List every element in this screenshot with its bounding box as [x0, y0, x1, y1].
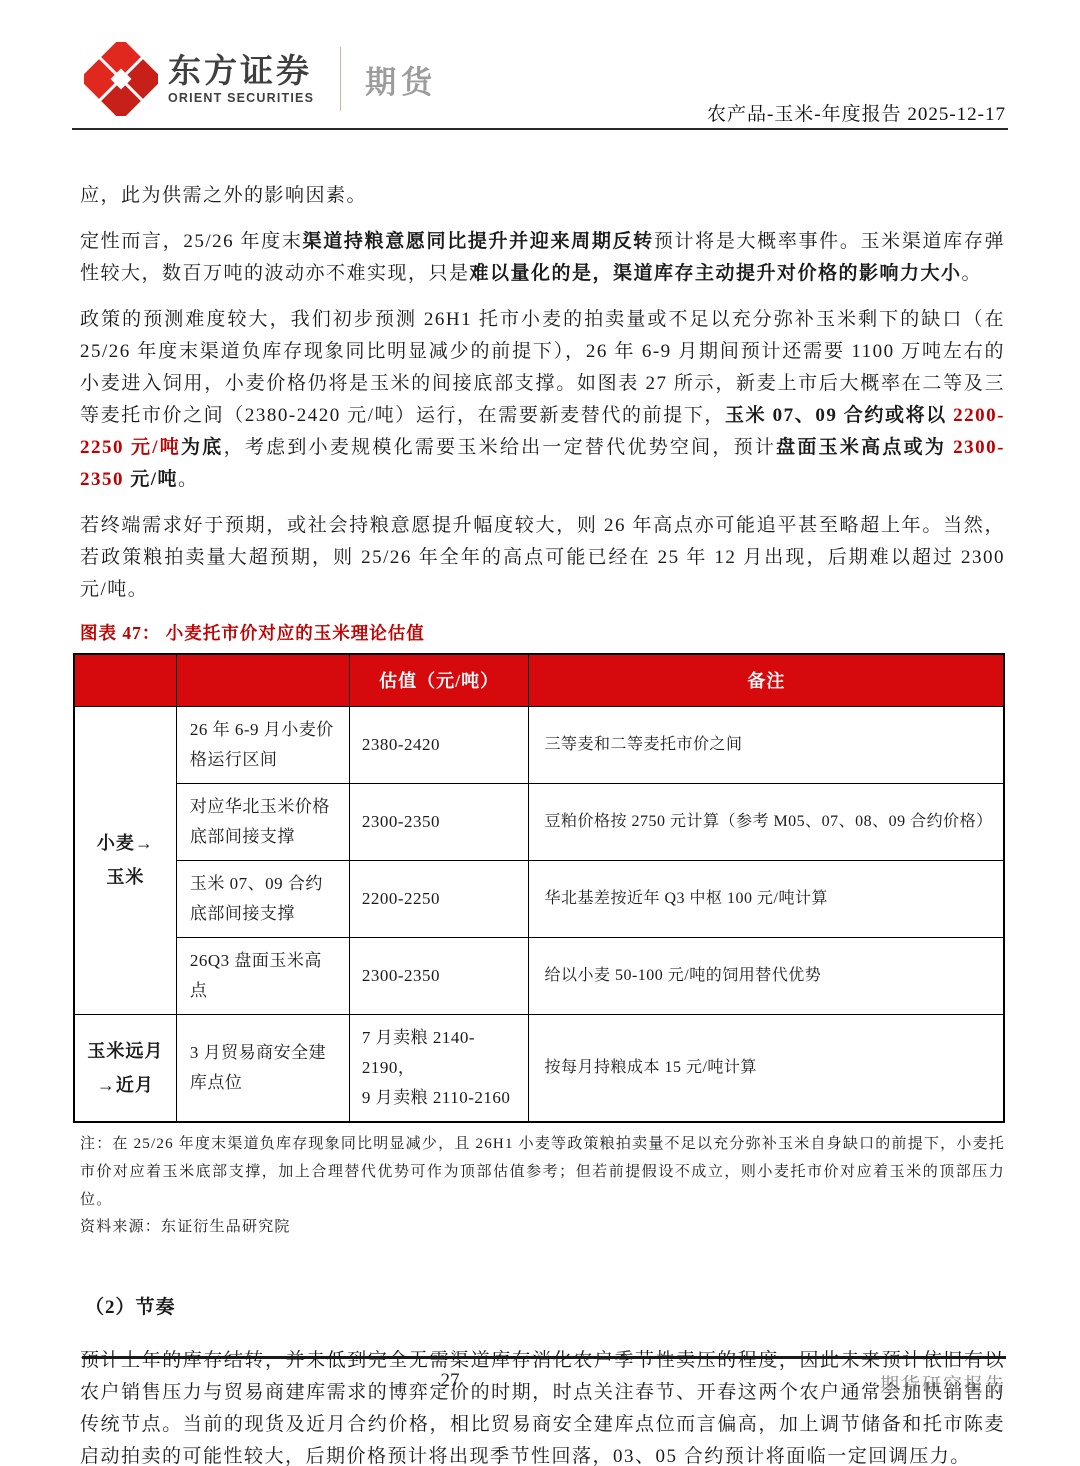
header-cell-estimate: 估值（元/吨） — [349, 654, 529, 706]
row-label: 对应华北玉米价格底部间接支撑 — [176, 783, 349, 860]
header-cell-remark: 备注 — [529, 654, 1004, 706]
content: 应，此为供需之外的影响因素。 定性而言，25/26 年度末渠道持粮意愿同比提升并… — [80, 180, 1005, 1466]
footer-label: 期货研究报告 — [880, 1370, 1006, 1397]
orient-securities-logo-icon — [84, 42, 158, 116]
remark-cell: 按每月持粮成本 15 元/吨计算 — [529, 1014, 1004, 1122]
row-label: 玉米 07、09 合约底部间接支撑 — [176, 860, 349, 937]
brand-text: 东方证券 ORIENT SECURITIES — [168, 54, 314, 105]
brand-unit-label: 期货 — [365, 57, 437, 102]
report-page: 东方证券 ORIENT SECURITIES 期货 农产品-玉米-年度报告 20… — [0, 0, 1080, 1466]
estimate-value: 7 月卖粮 2140-2190， 9 月卖粮 2110-2160 — [349, 1014, 529, 1122]
brand-name-en: ORIENT SECURITIES — [168, 92, 314, 105]
valuation-table: 估值（元/吨） 备注 小麦→ 玉米 26 年 6-9 月小麦价格运行区间 238… — [73, 653, 1005, 1123]
estimate-value: 2380-2420 — [349, 706, 529, 783]
header-cell-empty — [74, 654, 176, 706]
figure-caption: 图表 47： 小麦托市价对应的玉米理论估值 — [80, 620, 1005, 645]
table-source: 资料来源：东证衍生品研究院 — [80, 1215, 1005, 1236]
table-row: 小麦→ 玉米 26 年 6-9 月小麦价格运行区间 2380-2420 三等麦和… — [74, 706, 1004, 783]
section-heading: （2）节奏 — [85, 1292, 1005, 1319]
paragraph: 预计上年的库存结转，并未低到完全无需渠道库存消化农户季节性卖压的程度，因此未来预… — [80, 1345, 1005, 1466]
estimate-value: 2300-2350 — [349, 783, 529, 860]
header-rule — [72, 128, 1008, 130]
row-label: 3 月贸易商安全建库点位 — [176, 1014, 349, 1122]
remark-cell: 三等麦和二等麦托市价之间 — [529, 706, 1004, 783]
page-number: 27 — [0, 1370, 900, 1392]
report-title-line: 农产品-玉米-年度报告 2025-12-17 — [707, 99, 1006, 126]
group-cell-far-to-near: 玉米远月 →近月 — [74, 1014, 176, 1122]
remark-cell: 给以小麦 50-100 元/吨的饲用替代优势 — [529, 937, 1004, 1014]
brand-divider — [340, 47, 341, 111]
paragraph: 若终端需求好于预期，或社会持粮意愿提升幅度较大，则 26 年高点亦可能追平甚至略… — [80, 510, 1005, 606]
row-label: 26Q3 盘面玉米高点 — [176, 937, 349, 1014]
table-row: 玉米 07、09 合约底部间接支撑 2200-2250 华北基差按近年 Q3 中… — [74, 860, 1004, 937]
table-row: 对应华北玉米价格底部间接支撑 2300-2350 豆粕价格按 2750 元计算（… — [74, 783, 1004, 860]
group-cell-wheat-to-corn: 小麦→ 玉米 — [74, 706, 176, 1014]
table-row: 26Q3 盘面玉米高点 2300-2350 给以小麦 50-100 元/吨的饲用… — [74, 937, 1004, 1014]
paragraph: 应，此为供需之外的影响因素。 — [80, 180, 1005, 212]
paragraph: 政策的预测难度较大，我们初步预测 26H1 托市小麦的拍卖量或不足以充分弥补玉米… — [80, 304, 1005, 496]
table-header-row: 估值（元/吨） 备注 — [74, 654, 1004, 706]
remark-cell: 华北基差按近年 Q3 中枢 100 元/吨计算 — [529, 860, 1004, 937]
footer-rule — [82, 1356, 1006, 1359]
row-label: 26 年 6-9 月小麦价格运行区间 — [176, 706, 349, 783]
brand-name-cn: 东方证券 — [168, 54, 314, 87]
estimate-value: 2300-2350 — [349, 937, 529, 1014]
remark-cell: 豆粕价格按 2750 元计算（参考 M05、07、08、09 合约价格） — [529, 783, 1004, 860]
estimate-value: 2200-2250 — [349, 860, 529, 937]
paragraph: 定性而言，25/26 年度末渠道持粮意愿同比提升并迎来周期反转预计将是大概率事件… — [80, 226, 1005, 290]
table-row: 玉米远月 →近月 3 月贸易商安全建库点位 7 月卖粮 2140-2190， 9… — [74, 1014, 1004, 1122]
header-cell-empty — [176, 654, 349, 706]
table-footnote: 注：在 25/26 年度末渠道负库存现象同比明显减少，且 26H1 小麦等政策粮… — [80, 1130, 1005, 1214]
